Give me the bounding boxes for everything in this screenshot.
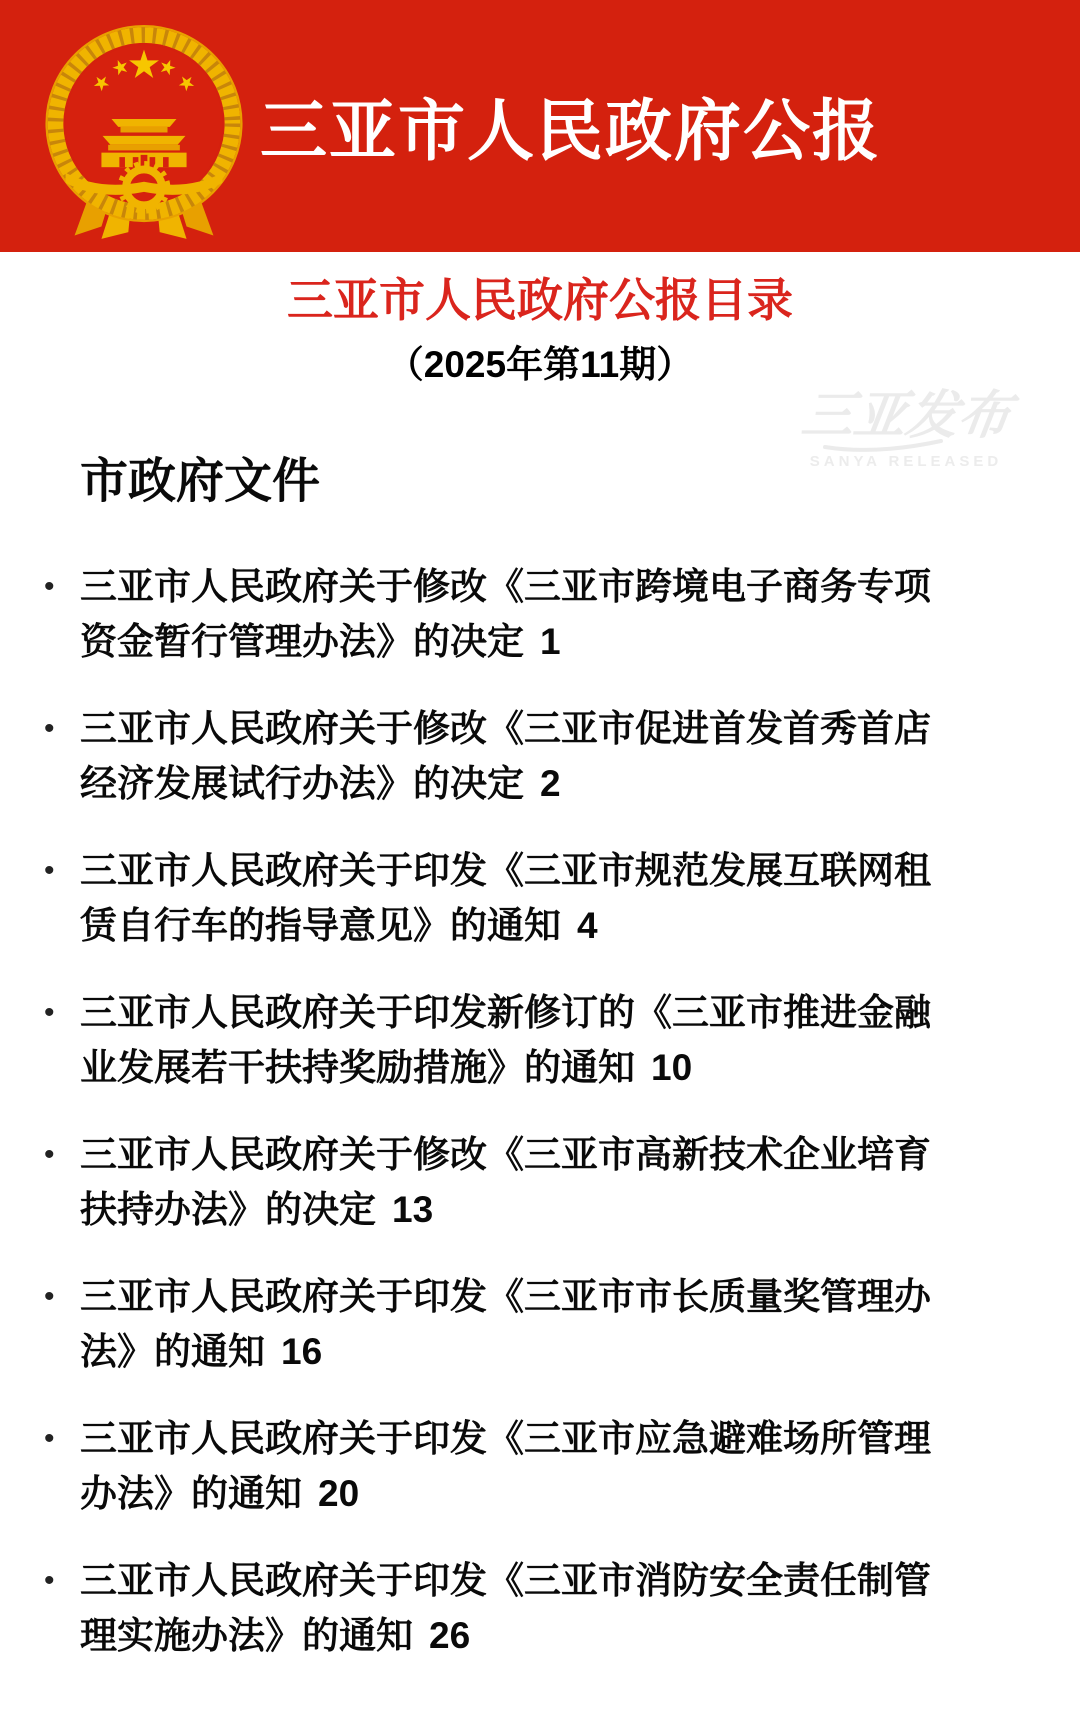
list-item: • 三亚市人民政府关于印发《三亚市规范发展互联网租赁自行车的指导意见》的通知4 xyxy=(80,843,950,953)
toc-title: 三亚市人民政府公报目录 xyxy=(0,264,1080,330)
doc-title: 三亚市人民政府关于印发《三亚市市长质量奖管理办法》的通知 xyxy=(80,1276,931,1372)
doc-title: 三亚市人民政府关于印发《三亚市规范发展互联网租赁自行车的指导意见》的通知 xyxy=(80,850,931,946)
doc-title: 三亚市人民政府关于修改《三亚市跨境电子商务专项资金暂行管理办法》的决定 xyxy=(80,566,931,662)
doc-title: 三亚市人民政府关于修改《三亚市促进首发首秀首店经济发展试行办法》的决定 xyxy=(80,708,931,804)
page-number: 4 xyxy=(577,905,598,946)
bullet-icon: • xyxy=(44,559,80,614)
list-item: • 三亚市人民政府关于印发新修订的《三亚市推进金融业发展若干扶持奖励措施》的通知… xyxy=(80,985,950,1095)
page-number: 16 xyxy=(281,1331,322,1372)
watermark-subtext: SANYA RELEASED xyxy=(802,453,1010,470)
doc-title: 三亚市人民政府关于修改《三亚市高新技术企业培育扶持办法》的决定 xyxy=(80,1134,931,1230)
bullet-icon: • xyxy=(44,843,80,898)
page-number: 10 xyxy=(651,1047,692,1088)
doc-title: 三亚市人民政府关于印发新修订的《三亚市推进金融业发展若干扶持奖励措施》的通知 xyxy=(80,992,931,1088)
bullet-icon: • xyxy=(44,1553,80,1608)
page-number: 26 xyxy=(429,1615,470,1656)
toc-issue-number: （2025年第11期） xyxy=(0,334,1080,388)
header-banner: 三亚市人民政府公报 xyxy=(0,0,1080,252)
watermark-text: 三亚发布 xyxy=(798,388,1014,445)
list-item: • 三亚市人民政府关于修改《三亚市高新技术企业培育扶持办法》的决定13 xyxy=(80,1127,950,1237)
doc-title: 三亚市人民政府关于印发《三亚市消防安全责任制管理实施办法》的通知 xyxy=(80,1560,931,1656)
toc-body: 三亚市人民政府公报目录 （2025年第11期） 三亚发布 SANYA RELEA… xyxy=(0,264,1080,1663)
china-national-emblem-icon xyxy=(32,16,256,240)
bullet-icon: • xyxy=(44,1411,80,1466)
gazette-title: 三亚市人民政府公报 xyxy=(260,78,881,174)
page-number: 2 xyxy=(540,763,561,804)
bullet-icon: • xyxy=(44,1269,80,1324)
document-list: • 三亚市人民政府关于修改《三亚市跨境电子商务专项资金暂行管理办法》的决定1 •… xyxy=(80,559,950,1663)
watermark: 三亚发布 SANYA RELEASED xyxy=(802,388,1010,470)
list-item: • 三亚市人民政府关于修改《三亚市促进首发首秀首店经济发展试行办法》的决定2 xyxy=(80,701,950,811)
bullet-icon: • xyxy=(44,985,80,1040)
list-item: • 三亚市人民政府关于印发《三亚市市长质量奖管理办法》的通知16 xyxy=(80,1269,950,1379)
gazette-page: 三亚市人民政府公报 三亚市人民政府公报目录 （2025年第11期） 三亚发布 S… xyxy=(0,0,1080,1715)
bullet-icon: • xyxy=(44,701,80,756)
page-number: 13 xyxy=(392,1189,433,1230)
page-number: 1 xyxy=(540,621,561,662)
list-item: • 三亚市人民政府关于印发《三亚市消防安全责任制管理实施办法》的通知26 xyxy=(80,1553,950,1663)
list-item: • 三亚市人民政府关于修改《三亚市跨境电子商务专项资金暂行管理办法》的决定1 xyxy=(80,559,950,669)
list-item: • 三亚市人民政府关于印发《三亚市应急避难场所管理办法》的通知20 xyxy=(80,1411,950,1521)
bullet-icon: • xyxy=(44,1127,80,1182)
page-number: 20 xyxy=(318,1473,359,1514)
doc-title: 三亚市人民政府关于印发《三亚市应急避难场所管理办法》的通知 xyxy=(80,1418,931,1514)
